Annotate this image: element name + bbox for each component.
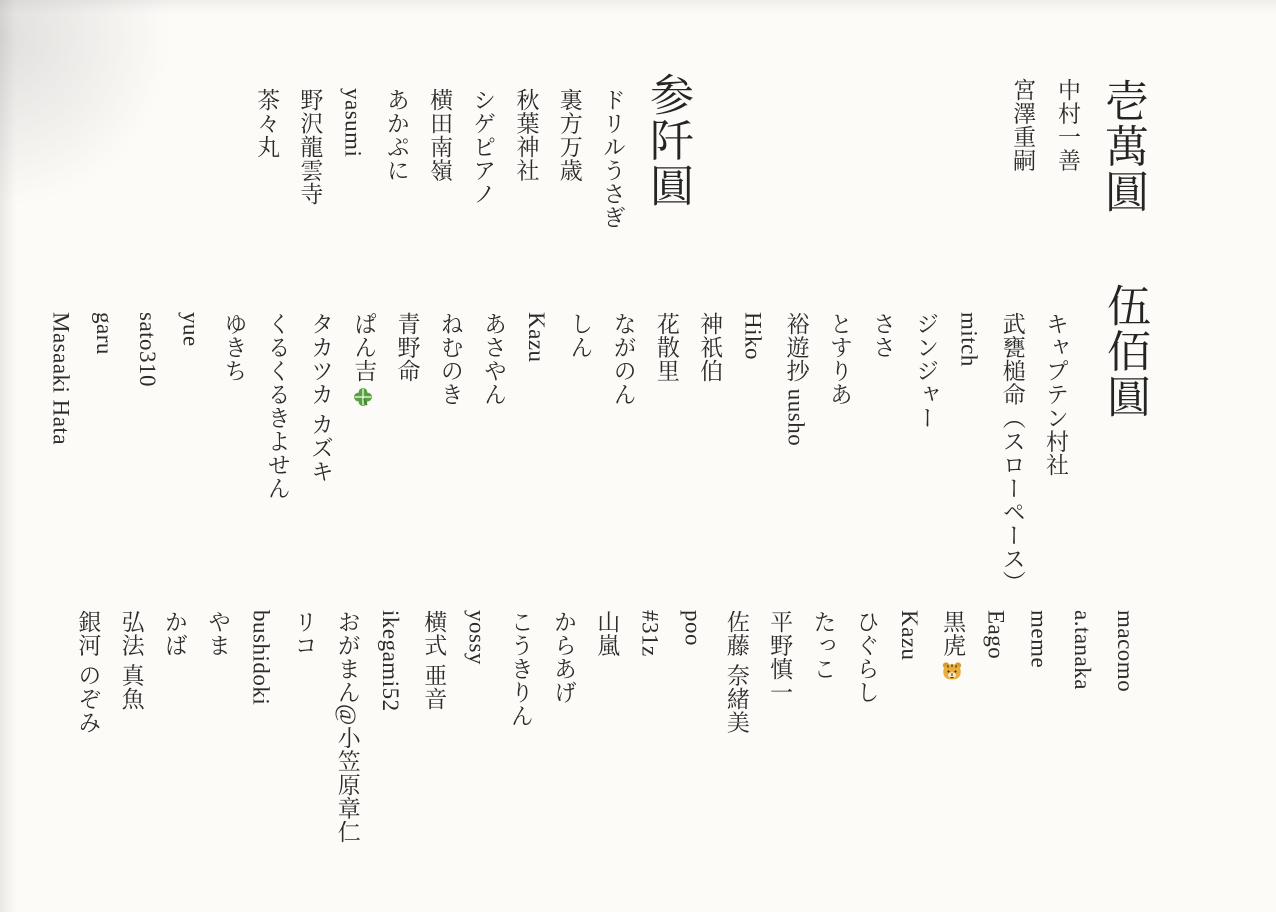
donor-name: 黒虎 bbox=[940, 610, 965, 657]
donor-name-with-clover: ぱん吉 bbox=[342, 312, 385, 612]
donor-name: bushidoki bbox=[239, 610, 282, 910]
donor-name: ながのん bbox=[601, 312, 644, 612]
donor-name: 弘法 真魚 bbox=[109, 610, 152, 910]
donor-name: 佐藤 奈緒美 bbox=[715, 610, 758, 910]
tier-gohyakuen-header-section: 伍佰圓 bbox=[1091, 283, 1157, 483]
donor-name: こうきりん bbox=[498, 610, 541, 910]
donor-name: たっこ bbox=[801, 610, 844, 910]
tier-gohyakuen-names-row2: macomo a.tanaka meme Eago 黒虎 Kazu ひぐらし た… bbox=[66, 610, 1147, 910]
donor-name: yossy bbox=[455, 610, 498, 910]
tiger-face-icon bbox=[941, 660, 963, 682]
donor-name: 花散里 bbox=[645, 312, 688, 612]
donor-name: mitch bbox=[947, 312, 990, 612]
donor-name: ジンジャー bbox=[904, 312, 947, 612]
donor-name: sato310 bbox=[126, 312, 169, 612]
donor-name: yue bbox=[169, 312, 212, 612]
donor-name: ぱん吉 bbox=[351, 312, 376, 383]
donor-name: くるくるきよせん bbox=[256, 312, 299, 612]
donor-name: リコ bbox=[282, 610, 325, 910]
donor-name: 横式 亜音 bbox=[412, 610, 455, 910]
donor-name: やま bbox=[196, 610, 239, 910]
donor-name: 神祇伯 bbox=[688, 312, 731, 612]
donor-name: ゆきち bbox=[212, 312, 255, 612]
donor-name: 平野慎一 bbox=[758, 610, 801, 910]
donor-name: あさやん bbox=[472, 312, 515, 612]
donor-name: Hiko bbox=[731, 312, 774, 612]
donor-name: #31z bbox=[628, 610, 671, 910]
donor-name: おがまん@小笠原章仁 bbox=[326, 610, 369, 910]
four-leaf-clover-icon bbox=[352, 386, 374, 408]
donor-name: 銀河 のぞみ bbox=[66, 610, 109, 910]
donor-name: Kazu bbox=[515, 312, 558, 612]
donor-name: meme bbox=[1017, 610, 1060, 910]
donor-name: ささ bbox=[861, 312, 904, 612]
donor-name-with-tiger: 黒虎 bbox=[931, 610, 974, 910]
donor-name: かば bbox=[153, 610, 196, 910]
donor-name: キャプテン村社 bbox=[1034, 312, 1077, 612]
donor-name: 青野命 bbox=[385, 312, 428, 612]
donor-name: poo bbox=[671, 610, 714, 910]
tier-gohyakuen-names-row1: キャプテン村社 武甕槌命（スローペース） mitch ジンジャー ささ とすりあ… bbox=[39, 312, 1077, 612]
donor-name: 武甕槌命（スローペース） bbox=[991, 312, 1034, 612]
donor-name: garu bbox=[83, 312, 126, 612]
donor-name: タカツカ カズキ bbox=[299, 312, 342, 612]
donor-name: からあげ bbox=[542, 610, 585, 910]
donor-name: Eago bbox=[974, 610, 1017, 910]
donor-name: ねむのき bbox=[428, 312, 471, 612]
donor-name: macomo bbox=[1104, 610, 1147, 910]
donor-name: ひぐらし bbox=[844, 610, 887, 910]
tier-gohyakuen-header: 伍佰圓 bbox=[1091, 283, 1157, 483]
donor-name: a.tanaka bbox=[1061, 610, 1104, 910]
donor-name: とすりあ bbox=[818, 312, 861, 612]
donor-name: 山嵐 bbox=[585, 610, 628, 910]
donor-name: しん bbox=[558, 312, 601, 612]
donor-name: 裕遊抄 uusho bbox=[774, 312, 817, 612]
donor-name: ikegami52 bbox=[369, 610, 412, 910]
donor-name: Kazu bbox=[888, 610, 931, 910]
donor-name: Masaaki Hata bbox=[39, 312, 82, 612]
